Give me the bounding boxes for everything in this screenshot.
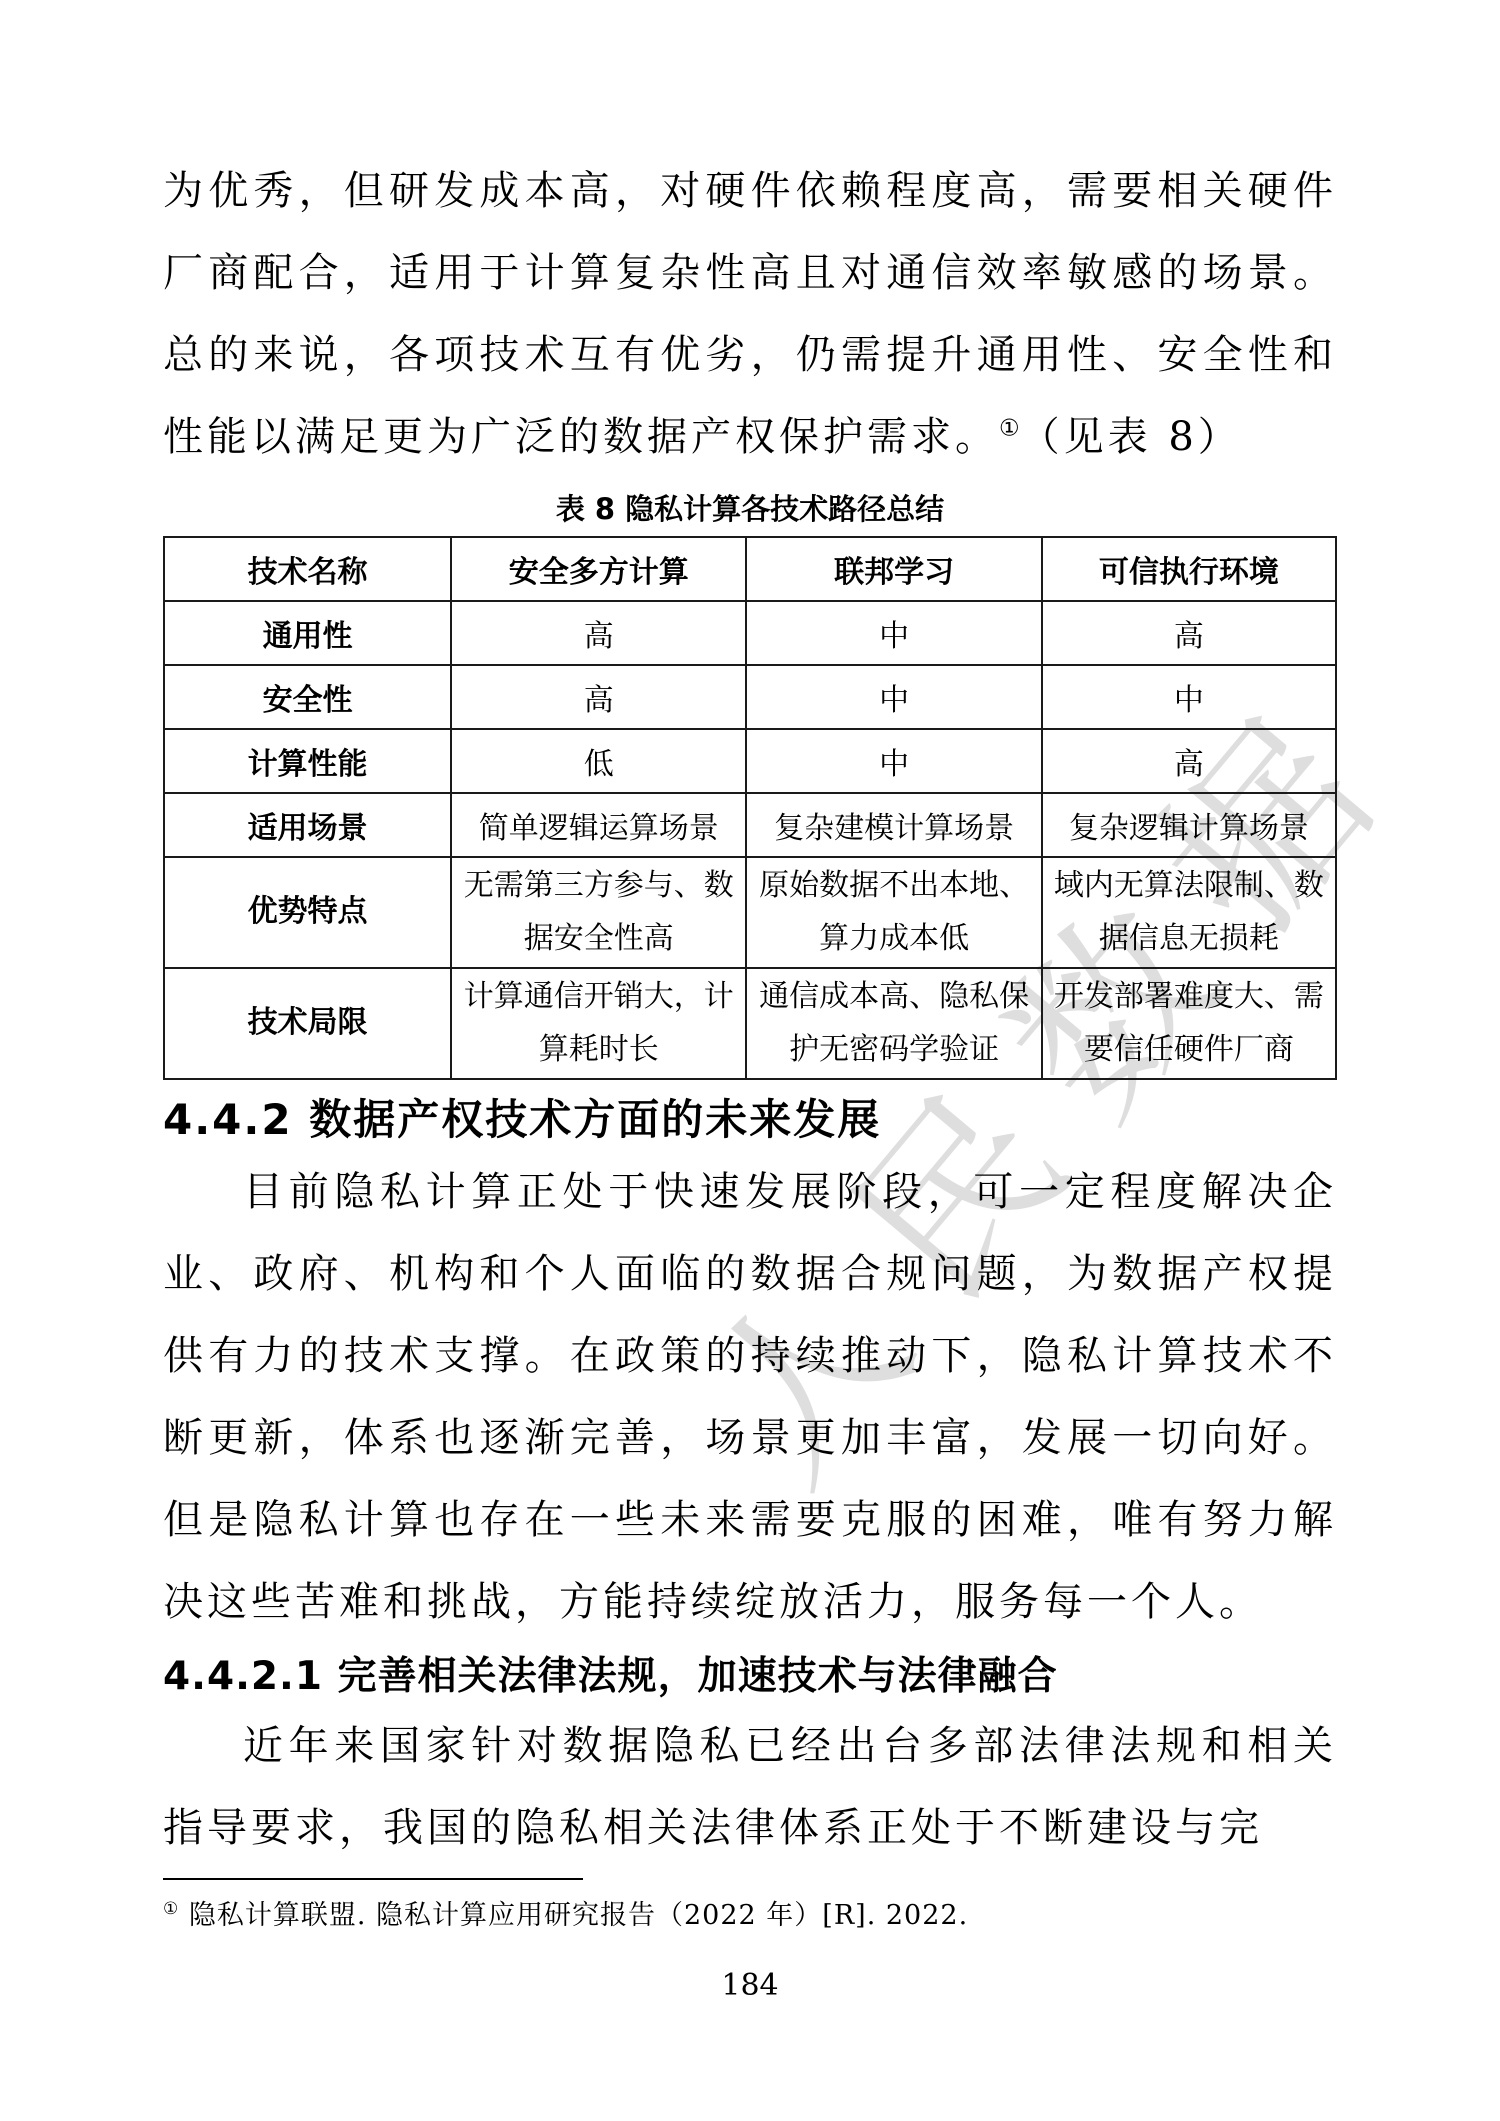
table-cell: 中 <box>746 601 1041 665</box>
table-header-row: 技术名称 安全多方计算 联邦学习 可信执行环境 <box>164 537 1336 601</box>
table-row: 优势特点 无需第三方参与、数据安全性高 原始数据不出本地、算力成本低 域内无算法… <box>164 857 1336 968</box>
table-cell: 中 <box>746 665 1041 729</box>
row-label: 优势特点 <box>164 857 451 968</box>
table-row: 技术局限 计算通信开销大，计算耗时长 通信成本高、隐私保护无密码学验证 开发部署… <box>164 968 1336 1079</box>
section-4-4-2-1-paragraph: 近年来国家针对数据隐私已经出台多部法律法规和相关指导要求，我国的隐私相关法律体系… <box>163 1705 1337 1869</box>
footnote-text: 隐私计算联盟. 隐私计算应用研究报告（2022 年）[R]. 2022. <box>189 1900 968 1931</box>
table-cell: 高 <box>451 665 746 729</box>
table-row: 通用性 高 中 高 <box>164 601 1336 665</box>
table-cell: 复杂逻辑计算场景 <box>1042 793 1336 857</box>
table-cell: 高 <box>451 601 746 665</box>
footnote-ref: ① <box>999 416 1020 442</box>
table-header-cell: 技术名称 <box>164 537 451 601</box>
table-header-cell: 联邦学习 <box>746 537 1041 601</box>
table-cell: 原始数据不出本地、算力成本低 <box>746 857 1041 968</box>
table-cell: 计算通信开销大，计算耗时长 <box>451 968 746 1079</box>
table-row: 安全性 高 中 中 <box>164 665 1336 729</box>
document-page: 人民数据 为优秀，但研发成本高，对硬件依赖程度高，需要相关硬件厂商配合，适用于计… <box>0 0 1500 2121</box>
table-cell: 中 <box>1042 665 1336 729</box>
table-cell: 高 <box>1042 729 1336 793</box>
footnote-marker: ① <box>163 1899 179 1919</box>
table-cell: 开发部署难度大、需要信任硬件厂商 <box>1042 968 1336 1079</box>
footnote-area: ① 隐私计算联盟. 隐私计算应用研究报告（2022 年）[R]. 2022. <box>163 1878 1337 1937</box>
section-4-4-2-paragraph: 目前隐私计算正处于快速发展阶段，可一定程度解决企业、政府、机构和个人面临的数据合… <box>163 1151 1337 1643</box>
privacy-tech-summary-table: 技术名称 安全多方计算 联邦学习 可信执行环境 通用性 高 中 高 安全性 高 … <box>163 536 1337 1080</box>
table-caption: 表 8 隐私计算各技术路径总结 <box>163 488 1337 530</box>
footnote: ① 隐私计算联盟. 隐私计算应用研究报告（2022 年）[R]. 2022. <box>163 1896 1337 1937</box>
table-cell: 无需第三方参与、数据安全性高 <box>451 857 746 968</box>
page-number: 184 <box>0 1968 1500 2003</box>
table-header-cell: 可信执行环境 <box>1042 537 1336 601</box>
table-row: 计算性能 低 中 高 <box>164 729 1336 793</box>
footnote-separator <box>163 1878 583 1880</box>
section-heading-4-4-2: 4.4.2 数据产权技术方面的未来发展 <box>163 1094 1337 1147</box>
table-cell: 复杂建模计算场景 <box>746 793 1041 857</box>
paragraph-continued: 为优秀，但研发成本高，对硬件依赖程度高，需要相关硬件厂商配合，适用于计算复杂性高… <box>163 150 1337 478</box>
table-cell: 域内无算法限制、数据信息无损耗 <box>1042 857 1336 968</box>
row-label: 适用场景 <box>164 793 451 857</box>
table-row: 适用场景 简单逻辑运算场景 复杂建模计算场景 复杂逻辑计算场景 <box>164 793 1336 857</box>
page-content: 为优秀，但研发成本高，对硬件依赖程度高，需要相关硬件厂商配合，适用于计算复杂性高… <box>163 150 1337 1869</box>
table-header-cell: 安全多方计算 <box>451 537 746 601</box>
row-label: 安全性 <box>164 665 451 729</box>
table-cell: 简单逻辑运算场景 <box>451 793 746 857</box>
table-cell: 低 <box>451 729 746 793</box>
row-label: 通用性 <box>164 601 451 665</box>
row-label: 技术局限 <box>164 968 451 1079</box>
paragraph-continued-suffix: （见表 8） <box>1020 414 1242 460</box>
table-cell: 高 <box>1042 601 1336 665</box>
row-label: 计算性能 <box>164 729 451 793</box>
table-cell: 通信成本高、隐私保护无密码学验证 <box>746 968 1041 1079</box>
section-heading-4-4-2-1: 4.4.2.1 完善相关法律法规，加速技术与法律融合 <box>163 1653 1337 1702</box>
table-cell: 中 <box>746 729 1041 793</box>
